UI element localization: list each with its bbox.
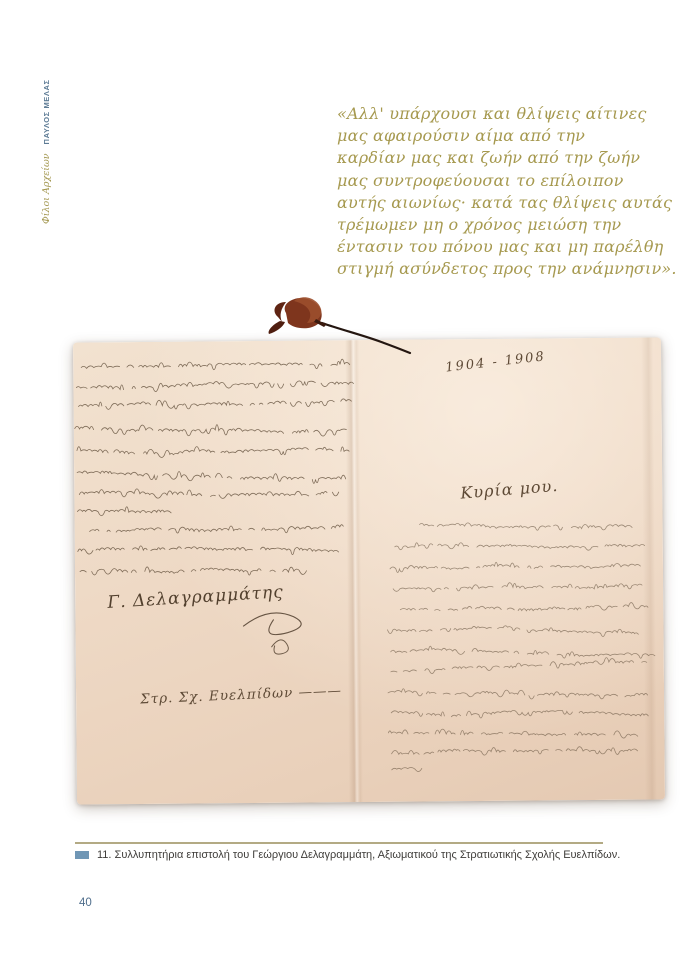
caption-divider-rule: [75, 842, 603, 844]
pull-quote: «Αλλ' υπάρχουσι και θλίψεις αίτινες μας …: [337, 103, 677, 281]
signature-flourish-small: [272, 640, 289, 654]
quote-line: μας αφαιρούσιν αίμα από την: [337, 125, 677, 147]
handwriting-line: [392, 767, 422, 771]
book-page: Φίλοι Αρχείων ΠΑΥΛΟΣ ΜΕΛΑΣ «Αλλ' υπάρχου…: [0, 0, 696, 960]
caption-text: 11. Συλλυπητήρια επιστολή του Γεώργιου Δ…: [97, 849, 620, 861]
handwriting-line: [78, 544, 346, 556]
handwriting-line: [80, 566, 307, 577]
quote-line: έντασιν του πόνου μας και μη παρέλθη: [337, 236, 677, 258]
handwriting-line: [387, 625, 646, 639]
handwriting-line: [77, 506, 171, 516]
quote-line: μας συντροφεύουσαι το επίλοιπον: [337, 170, 677, 192]
handwriting-line: [79, 399, 360, 410]
figure-caption: 11. Συλλυπητήρια επιστολή του Γεώργιου Δ…: [75, 849, 620, 861]
quote-line: τρέμωμεν μη ο χρόνος μειώση την: [337, 214, 677, 236]
dried-flower-icon: [266, 291, 418, 357]
quote-line: αυτής αιωνίως· κατά τας θλίψεις αυτάς: [337, 192, 677, 214]
quote-line: καρδίαν μας και ζωήν από την ζωήν: [337, 147, 677, 169]
handwriting-line: [77, 469, 346, 486]
spine-book-title: ΠΑΥΛΟΣ ΜΕΛΑΣ: [42, 79, 51, 144]
spine-label: Φίλοι Αρχείων ΠΑΥΛΟΣ ΜΕΛΑΣ: [41, 79, 52, 224]
handwriting-line: [391, 657, 650, 674]
signature-flourish: [243, 613, 301, 635]
handwriting-strokes: [73, 337, 665, 804]
letter-scan: 1904 - 1908 Κυρία μου. Γ. Δελαγραμμάτης …: [73, 337, 665, 804]
handwriting-line: [420, 521, 641, 531]
spine-series-label: Φίλοι Αρχείων: [41, 153, 52, 224]
handwriting-line: [392, 746, 638, 756]
handwriting-line: [90, 525, 344, 535]
handwriting-line: [77, 444, 349, 458]
handwriting-line: [390, 561, 640, 573]
handwriting-line: [79, 487, 338, 500]
handwriting-line: [388, 727, 641, 740]
handwriting-line: [75, 423, 347, 438]
handwriting-line: [400, 602, 648, 612]
page-number: 40: [79, 897, 92, 909]
handwriting-line: [395, 541, 645, 552]
quote-line: στιγμή ασύνδετος προς την ανάμνησιν».: [337, 258, 677, 280]
handwriting-line: [391, 644, 655, 660]
handwriting-line: [393, 582, 642, 593]
quote-line: «Αλλ' υπάρχουσι και θλίψεις αίτινες: [337, 103, 677, 125]
handwriting-line: [76, 380, 353, 392]
handwriting-line: [391, 709, 654, 719]
handwriting-line: [81, 359, 350, 371]
handwriting-line: [388, 687, 648, 701]
caption-index-square-icon: [75, 851, 89, 859]
